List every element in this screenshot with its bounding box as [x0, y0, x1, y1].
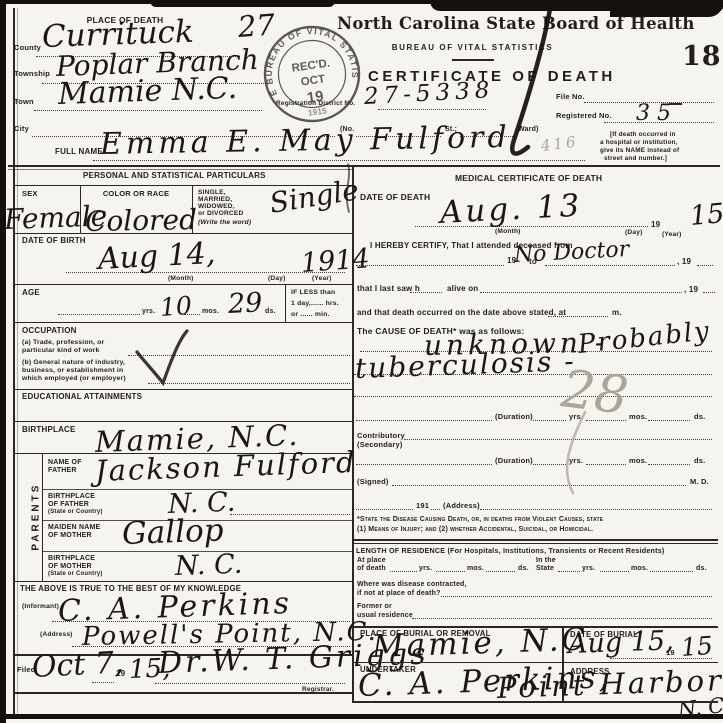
in-state-label-2: State [536, 565, 554, 573]
mother-name-value: Gallop [121, 515, 224, 550]
undertaker-address-value-2: N. C. [677, 695, 723, 721]
father-name-label-2: FATHER [48, 467, 77, 475]
former-residence-line [412, 618, 712, 619]
undertaker-underline [352, 701, 718, 703]
residence-line-2 [436, 571, 465, 572]
duration2-yrs: yrs. [569, 457, 583, 465]
footnote-line1: *State the Disease Causing Death, or, in… [357, 516, 603, 524]
residence-heading: LENGTH OF RESIDENCE (For Hospitals, Inst… [356, 547, 665, 555]
dob-value: Aug 14, [97, 239, 216, 275]
pencil-note-416: 416 [540, 134, 579, 153]
dob-label: DATE OF BIRTH [22, 237, 86, 246]
left-column-bottom [13, 692, 352, 694]
mother-bp-note: (State or Country) [48, 571, 103, 578]
death-occurred-m-label: m. [612, 309, 622, 318]
received-stamp-icon: E BUREAU OF VITAL STATIS REC'D. OCT 19 1… [256, 18, 369, 131]
city-label: City [14, 125, 29, 133]
where-contracted-line [441, 596, 712, 597]
death-certificate-scan: PLACE OF DEATH County Currituck 27 Towns… [0, 0, 723, 723]
certify-line-3 [697, 265, 713, 266]
duration2-ds: ds. [694, 457, 705, 465]
age-line-1 [58, 314, 140, 315]
duration2-label: (Duration) [495, 457, 533, 465]
duration1-mos: mos. [629, 413, 647, 421]
signed-label: (Signed) [357, 478, 389, 486]
burial-place-value: Mamie, N.C [371, 624, 588, 663]
duration2-line-3 [586, 464, 626, 465]
age-line-2 [184, 314, 200, 315]
mother-name-label-2: OF MOTHER [48, 532, 92, 540]
former-residence-label-1: Former or [357, 603, 392, 611]
scan-edge-left [0, 0, 6, 723]
occupation-checkmark [137, 331, 187, 383]
informant-address-label: (Address) [40, 631, 73, 638]
residence-line-1 [390, 571, 417, 572]
if-less-line3: or ...... min. [291, 311, 330, 319]
if-less-line1: IF LESS than [291, 289, 335, 297]
burial-19-printed: 19 [666, 649, 675, 657]
alive-on-label: alive on [447, 285, 478, 294]
cause-line-3 [354, 396, 712, 397]
duration1-yrs: yrs. [569, 413, 583, 421]
registered-no-dash [669, 103, 682, 105]
town-label: Town [14, 98, 34, 106]
education-label: EDUCATIONAL ATTAINMENTS [22, 393, 142, 402]
bureau-subtitle: BUREAU OF VITAL STATISTICS [360, 44, 585, 53]
filed-19-printed: 19 [116, 670, 125, 679]
last-saw-line-1 [410, 292, 442, 293]
duration2-line-2 [533, 464, 566, 465]
occupation-b-line2: business, or establishment in [22, 367, 123, 375]
no-doctor-note: No Doctor [513, 239, 629, 267]
md-label: M. D. [690, 478, 709, 486]
sex-row-bottom [13, 233, 352, 234]
duration2-line-4 [648, 464, 690, 465]
where-contracted-label-1: Where was disease contracted, [357, 581, 467, 589]
duration1-ds: ds. [694, 413, 705, 421]
age-yrs-label: yrs. [142, 308, 155, 316]
race-value: Colored [85, 206, 197, 236]
dob-day-sublabel: (Day) [268, 275, 286, 282]
certify-line-1 [356, 265, 504, 266]
dob-year-value: 1914 [300, 245, 370, 277]
occupation-label: OCCUPATION [22, 327, 77, 336]
town-value: Mamie N.C. [57, 74, 237, 110]
residence-line-6 [650, 571, 693, 572]
filed-line-1 [92, 682, 114, 683]
dob-row-bottom [13, 284, 352, 285]
dod-month-sublabel: (Month) [495, 228, 521, 235]
duration1-line-3 [586, 420, 626, 421]
at-place-yrs: yrs. [419, 565, 432, 573]
mother-bp-value: N. C. [175, 551, 243, 580]
dod-year-value: 15 [689, 200, 723, 230]
race-label: COLOR OR RACE [96, 190, 176, 198]
father-name-label-1: NAME OF [48, 459, 82, 467]
signed-line [392, 485, 686, 486]
occupation-a-line1: (a) Trade, profession, or [22, 339, 104, 347]
header-divider [8, 165, 720, 167]
last-saw-19-printed: , 19 [684, 286, 698, 295]
dod-day-sublabel: (Day) [625, 229, 643, 236]
residence-line-4 [558, 571, 580, 572]
hospital-note-line2: a hospital or institution, [600, 139, 678, 146]
marital-label-4: or DIVORCED [198, 210, 243, 217]
residence-line-3 [486, 571, 515, 572]
dod-label: DATE OF DEATH [360, 193, 430, 203]
form-left-border [13, 8, 15, 714]
hospital-note-line1: [If death occurred in [610, 131, 676, 138]
duration1-line-4 [648, 420, 690, 421]
filed-line-2 [155, 683, 345, 684]
pencil-tail-mark [567, 412, 585, 493]
age-cell-divider [285, 284, 286, 323]
filed-date-value: Oct 7, [31, 648, 124, 683]
occupation-a-line2: particular kind of work [22, 347, 100, 355]
parents-group-label: PARENTS [30, 472, 41, 562]
age-mos-value: 29 [227, 289, 263, 318]
form-left-border-2 [17, 8, 18, 714]
residence-rule-1 [352, 539, 718, 541]
duration2-line-1 [356, 464, 492, 465]
occupation-b-line3: which employed (or employer) [22, 375, 126, 383]
father-bp-note: (State or Country) [48, 509, 103, 516]
in-state-label-1: In the [536, 557, 556, 565]
sex-label: SEX [22, 190, 38, 198]
page-number: 182 [682, 42, 723, 72]
mother-name-label-1: MAIDEN NAME [48, 524, 100, 532]
father-bp-label-1: BIRTHPLACE [48, 493, 95, 501]
age-ds-label: ds. [265, 308, 276, 316]
cause-value-3: tuberculosis - [355, 347, 577, 383]
header-divider-2 [8, 169, 352, 170]
date-191-line-2 [431, 509, 440, 510]
registration-district-line [378, 109, 486, 110]
date-191-printed: 191 [416, 502, 429, 510]
age-row-bottom [13, 322, 352, 323]
svg-text:OCT: OCT [300, 73, 326, 88]
physician-address-label: (Address) [443, 502, 480, 510]
burial-date-value: Aug 15, [568, 627, 675, 658]
if-less-line2: 1 day,...... hrs. [291, 300, 339, 308]
marital-value: Single [268, 176, 361, 218]
svg-text:1915: 1915 [307, 105, 327, 118]
age-yrs-value: 10 [159, 293, 192, 320]
birthplace-label: BIRTHPLACE [22, 426, 76, 435]
certificate-title: CERTIFICATE OF DEATH [368, 69, 616, 86]
father-bp-line [230, 514, 350, 515]
where-contracted-label-2: if not at place of death? [357, 590, 441, 598]
occupation-b-line1: (b) General nature of industry, [22, 359, 125, 367]
occupation-row-bottom [13, 389, 352, 390]
contributory-line [404, 439, 712, 440]
certify-19b-printed: , 19 [677, 258, 691, 267]
dod-year-sublabel: (Year) [662, 231, 682, 238]
last-saw-line-3 [703, 292, 715, 293]
occupation-a-line [128, 355, 350, 356]
father-bp-label-2: OF FATHER [48, 501, 89, 509]
svg-text:REC'D.: REC'D. [291, 57, 331, 74]
township-label: Township [14, 70, 50, 78]
at-place-label-2: of death [357, 565, 386, 573]
in-state-ds: ds. [696, 565, 707, 573]
ward-label: Ward) [518, 126, 539, 134]
duration2-mos: mos. [629, 457, 647, 465]
dod-value: Aug. 13 [439, 191, 583, 229]
in-state-yrs: yrs. [582, 565, 595, 573]
former-residence-label-2: usual residence [357, 612, 413, 620]
in-state-mos: mos. [631, 565, 648, 573]
residence-line-5 [600, 571, 629, 572]
registered-no-label: Registered No. [556, 112, 612, 120]
medical-heading: MEDICAL CERTIFICATE OF DEATH [455, 174, 602, 184]
occupation-b-line [148, 383, 350, 384]
physician-address-line [480, 509, 712, 510]
death-occurred-label: and that death occurred on the date abov… [357, 309, 566, 318]
marital-note: (Write the word) [198, 219, 251, 226]
hospital-note-line3: give its NAME instead of [600, 147, 679, 154]
burial-year-value: 15 [680, 633, 713, 660]
personal-heading: PERSONAL AND STATISTICAL PARTICULARS [83, 172, 266, 181]
father-name-value: Jackson Fulford [94, 448, 357, 486]
dod-19-printed: 19 [651, 221, 660, 230]
age-mos-label: mos. [202, 308, 219, 316]
scan-edge-bottom [0, 714, 723, 719]
at-place-ds: ds. [518, 565, 529, 573]
dob-year-sublabel: (Year) [312, 275, 332, 282]
svg-text:19: 19 [306, 88, 325, 107]
duration1-line-1 [356, 420, 492, 421]
mother-bp-label-2: OF MOTHER [48, 563, 92, 571]
hospital-note-line4: street and number.] [604, 155, 667, 162]
residence-rule-2 [352, 543, 718, 544]
duration1-label: (Duration) [495, 413, 533, 421]
board-title: North Carolina State Board of Health [337, 15, 627, 33]
registered-no-value: 35 [636, 103, 678, 125]
parents-vertical-divider [42, 453, 43, 581]
county-label: County [14, 44, 41, 52]
secondary-label: (Secondary) [357, 441, 403, 449]
dob-month-sublabel: (Month) [168, 275, 194, 282]
informant-label: (Informant) [22, 603, 59, 610]
date-191-line-1 [356, 509, 413, 510]
footnote-line2: (1) Means of Injury; and (2) whether Acc… [357, 526, 593, 534]
duration1-line-2 [533, 420, 566, 421]
mother-bp-label-1: BIRTHPLACE [48, 555, 95, 563]
parents-box-bottom [13, 581, 352, 582]
age-label: AGE [22, 289, 40, 298]
received-stamp: E BUREAU OF VITAL STATIS REC'D. OCT 19 1… [256, 18, 369, 131]
burial-date-line [610, 658, 712, 659]
bureau-underline [452, 59, 494, 61]
full-name-value: Emma E. May Fulford [100, 123, 511, 160]
scan-edge-top-blob1 [150, 0, 335, 7]
full-name-label: FULL NAME [55, 148, 103, 157]
last-saw-line-2 [480, 292, 682, 293]
at-place-label-1: At place [357, 557, 386, 565]
at-place-mos: mos. [467, 565, 484, 573]
death-occurred-line [548, 316, 608, 317]
file-no-label: File No. [556, 93, 585, 101]
